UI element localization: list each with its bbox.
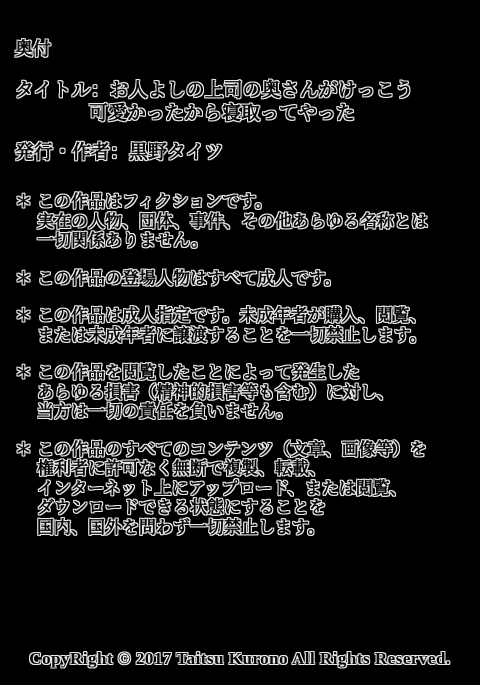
note-line: あらゆる損害（精神的損害等も含む）に対し、 — [37, 383, 466, 403]
note-line: この作品のすべてのコンテンツ（文章、画像等）を — [37, 440, 466, 460]
title-label: タイトル： — [15, 80, 110, 101]
colophon-page: 奥付 タイトル：お人よしの上司の奥さんがけっこう 可愛かったから寝取ってやった … — [0, 0, 480, 685]
note-line: 権利者に許可なく無断で複製、転載、 — [37, 459, 466, 479]
publisher-author-line: 発行・作者：黒野タイツ — [15, 141, 466, 164]
note-line: ダウンロードできる状態にすることを — [37, 498, 466, 518]
asterisk-marker: ＊ — [15, 306, 32, 326]
note-characters-adults: ＊ この作品の登場人物はすべて成人です。 — [15, 269, 466, 289]
work-title-text: お人よしの上司の奥さんがけっこう — [110, 80, 414, 101]
note-liability-disclaimer: ＊ この作品を閲覧したことによって発生した あらゆる損害（精神的損害等も含む）に… — [15, 363, 466, 422]
note-line: 国内、国外を問わず一切禁止します。 — [37, 518, 466, 538]
note-line: この作品はフィクションです。 — [37, 192, 466, 212]
note-reproduction-prohibited: ＊ この作品のすべてのコンテンツ（文章、画像等）を 権利者に許可なく無断で複製、… — [15, 440, 466, 538]
note-adults-only: ＊ この作品は成人指定です。未成年者が購入、閲覧、 または未成年者に譲渡すること… — [15, 306, 466, 345]
note-line: この作品を閲覧したことによって発生した — [37, 363, 466, 383]
asterisk-marker: ＊ — [15, 269, 32, 289]
work-title-line-1: タイトル：お人よしの上司の奥さんがけっこう — [15, 79, 466, 102]
title-block: タイトル：お人よしの上司の奥さんがけっこう 可愛かったから寝取ってやった — [15, 79, 466, 125]
asterisk-marker: ＊ — [15, 440, 32, 460]
note-line: この作品の登場人物はすべて成人です。 — [37, 269, 466, 289]
copyright-line: CopyRight © 2017 Taitsu Kurono All Right… — [0, 648, 480, 669]
note-line: 一切関係ありません。 — [37, 231, 466, 251]
note-line: または未成年者に譲渡することを一切禁止します。 — [37, 326, 466, 346]
note-line: インターネット上にアップロード、または閲覧、 — [37, 479, 466, 499]
work-title-line-2: 可愛かったから寝取ってやった — [89, 102, 466, 125]
note-line: 実在の人物、団体、事件、その他あらゆる名称とは — [37, 212, 466, 232]
colophon-heading: 奥付 — [15, 38, 466, 60]
asterisk-marker: ＊ — [15, 363, 32, 383]
note-fiction-disclaimer: ＊ この作品はフィクションです。 実在の人物、団体、事件、その他あらゆる名称とは… — [15, 192, 466, 251]
note-line: この作品は成人指定です。未成年者が購入、閲覧、 — [37, 306, 466, 326]
asterisk-marker: ＊ — [15, 192, 32, 212]
note-line: 当方は一切の責任を負いません。 — [37, 402, 466, 422]
